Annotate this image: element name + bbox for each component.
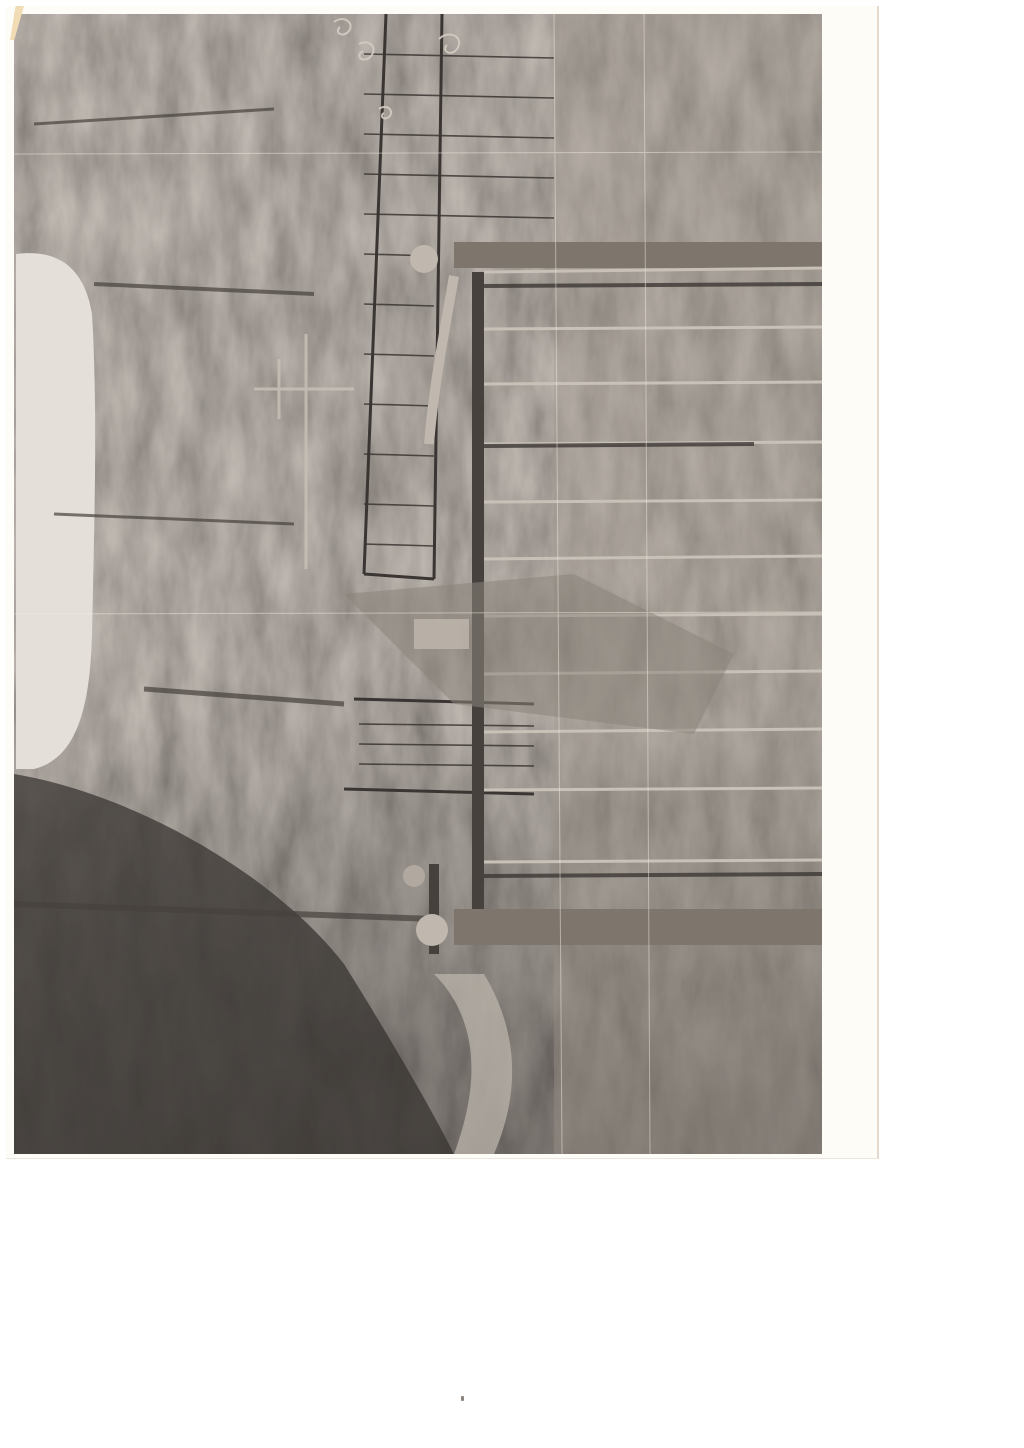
photograph [14,14,822,1154]
photo-print [6,6,879,1159]
dust-speck [461,1396,464,1401]
film-grain [14,14,822,1154]
photo-scene [14,14,822,1154]
